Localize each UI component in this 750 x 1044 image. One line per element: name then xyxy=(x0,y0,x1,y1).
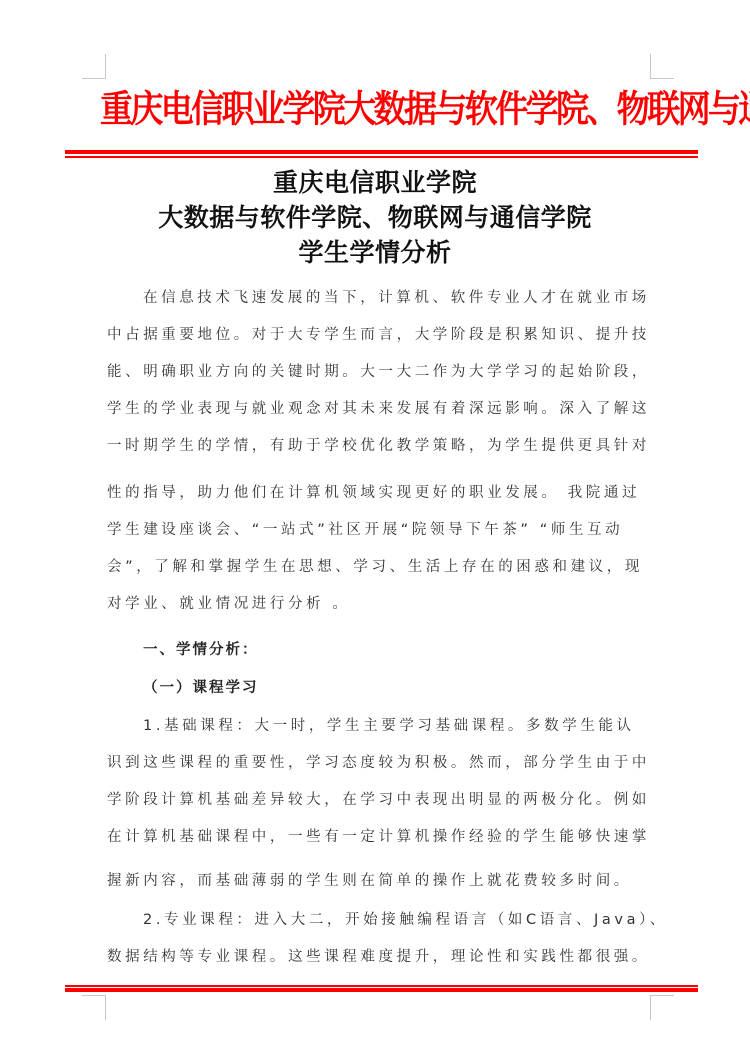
text-line: 会”，了解和掌握学生在思想、学习、生活上存在的困惑和建议，现 xyxy=(107,557,667,577)
footer-rule-thick xyxy=(65,988,698,992)
text-line: 在信息技术飞速发展的当下，计算机、软件专业人才在就业市场 xyxy=(143,288,703,308)
text-line: 学生的学业表现与就业观念对其未来发展有着深远影响。深入了解这 xyxy=(107,399,667,419)
page-corner-mark-top-left xyxy=(82,54,106,79)
document-title-line-2: 大数据与软件学院、物联网与通信学院 xyxy=(0,198,750,234)
section-heading-1: 一、学情分析： xyxy=(143,640,703,660)
text-line: 1.基础课程：大一时，学生主要学习基础课程。多数学生能认 xyxy=(143,716,703,736)
subsection-heading-1: （一）课程学习 xyxy=(143,678,703,698)
text-line: 2.专业课程：进入大二，开始接触编程语言（如C语言、Java）、 xyxy=(143,910,703,930)
text-line: 对学业、就业情况进行分析 。 xyxy=(107,594,667,614)
header-rule-thick xyxy=(65,150,698,154)
text-line: 在计算机基础课程中，一些有一定计算机操作经验的学生能够快速掌 xyxy=(107,827,667,847)
header-rule-thin xyxy=(65,156,698,158)
page-corner-mark-top-right xyxy=(650,54,674,79)
text-line: 握新内容，而基础薄弱的学生则在简单的操作上就花费较多时间。 xyxy=(107,871,667,891)
document-title-line-1: 重庆电信职业学院 xyxy=(0,163,750,199)
red-letterhead-title: 重庆电信职业学院大数据与软件学院、物联网与通信学院 xyxy=(100,81,665,137)
text-line: 识到这些课程的重要性，学习态度较为积极。然而，部分学生由于中 xyxy=(107,753,667,773)
text-line: 一时期学生的学情，有助于学校优化教学策略，为学生提供更具针对 xyxy=(107,436,667,456)
text-line: 能、明确职业方向的关键时期。大一大二作为大学学习的起始阶段， xyxy=(107,362,667,382)
footer-rule-thin xyxy=(65,985,698,987)
text-line: 中占据重要地位。对于大专学生而言，大学阶段是积累知识、提升技 xyxy=(107,325,667,345)
text-line: 学生建设座谈会、“一站式”社区开展“院领导下午茶” “师生互动 xyxy=(107,520,667,540)
text-line: 学阶段计算机基础差异较大，在学习中表现出明显的两极分化。例如 xyxy=(107,790,667,810)
text-line: 性的指导，助力他们在计算机领域实现更好的职业发展。 我院通过 xyxy=(107,483,667,503)
page-corner-mark-bottom-left xyxy=(82,995,106,1020)
document-title-line-3: 学生学情分析 xyxy=(0,233,750,269)
page-corner-mark-bottom-right xyxy=(650,995,674,1020)
text-line: 数据结构等专业课程。这些课程难度提升，理论性和实践性都很强。 xyxy=(107,947,667,967)
